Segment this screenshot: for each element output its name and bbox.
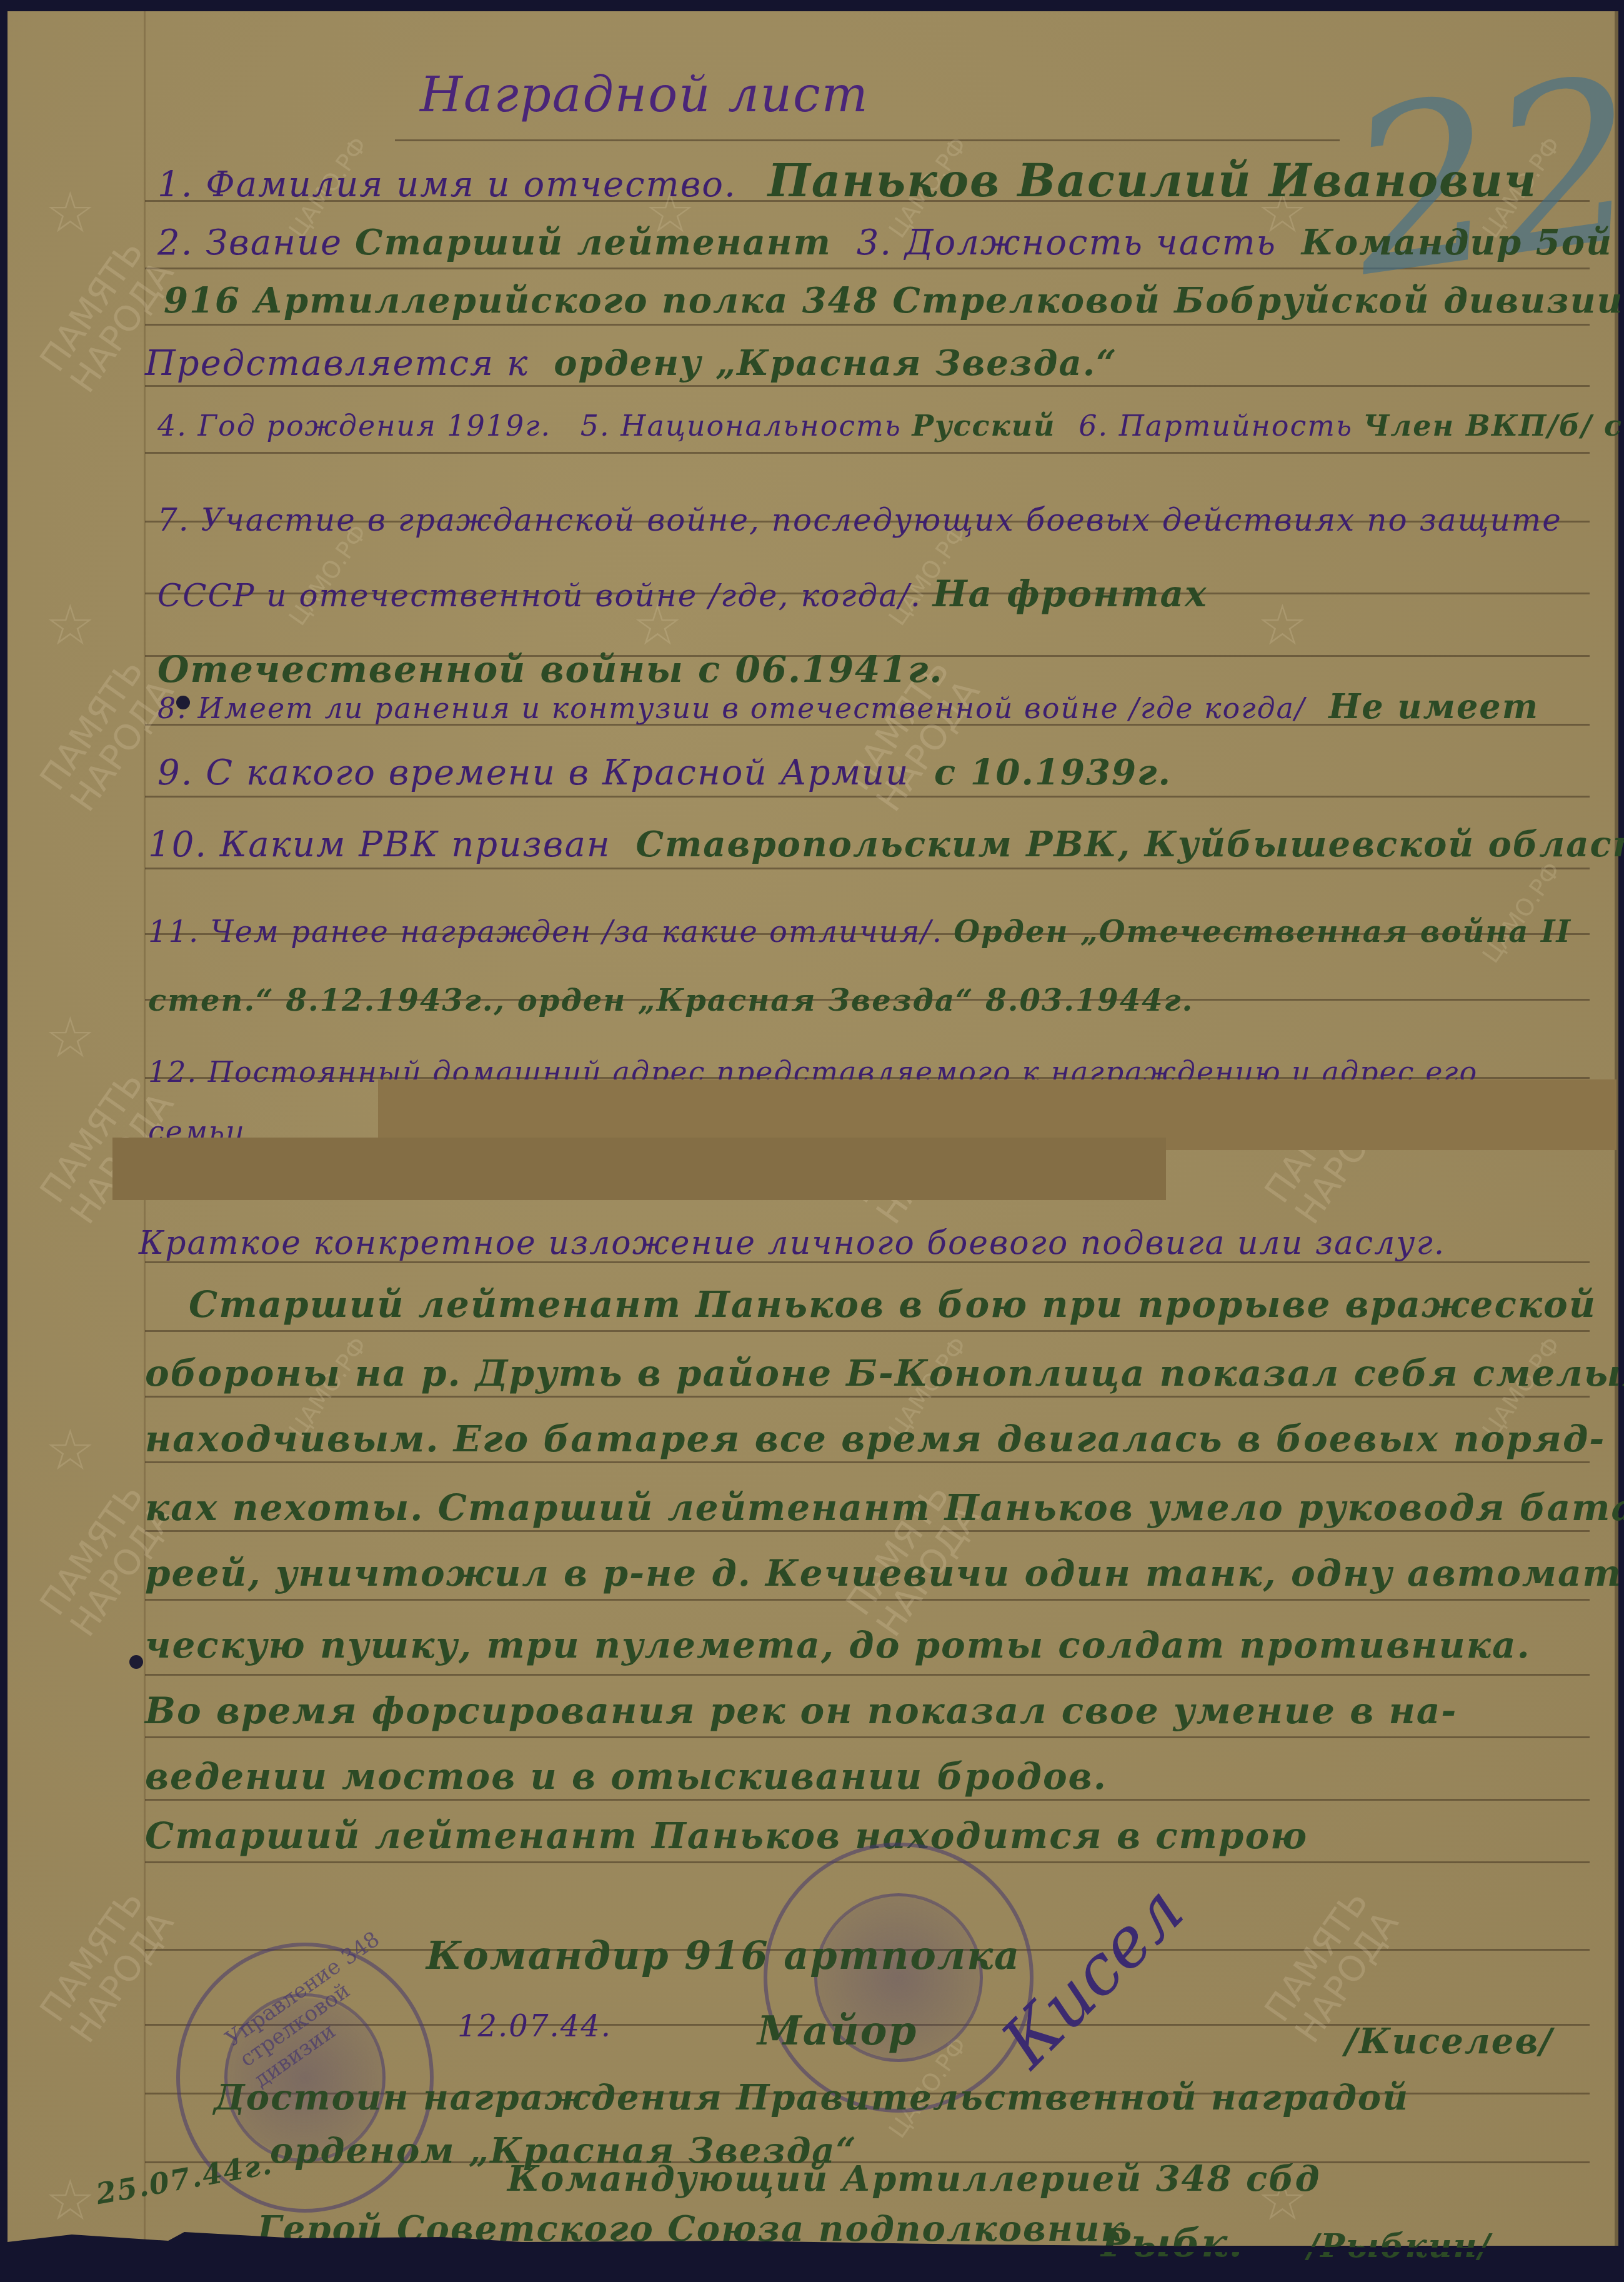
- field-full-name: 1. Фамилия имя и отчество. Паньков Васил…: [157, 158, 1537, 203]
- narrative-line: реей, уничтожил в р-не д. Кечиевичи один…: [145, 1555, 1624, 1591]
- narrative-line: обороны на р. Друть в районе Б-Коноплица…: [145, 1355, 1624, 1391]
- ruled-line: [145, 1674, 1590, 1676]
- ruled-line: [145, 385, 1590, 387]
- narrative-line: ках пехоты. Старший лейтенант Паньков ум…: [145, 1489, 1624, 1526]
- field-value-birth: 1919г.: [447, 409, 551, 443]
- ruled-line: [145, 796, 1590, 798]
- narrative-heading: Краткое конкретное изложение личного бое…: [139, 1227, 1445, 1259]
- ruled-line: [145, 1330, 1590, 1332]
- decision-name: /Рыбкин/: [1307, 2230, 1491, 2263]
- field-label: Представляется к: [145, 343, 529, 384]
- commander-rank: Майор: [757, 2011, 917, 2051]
- field-value: с 10.1939г.: [934, 752, 1172, 793]
- field-label: 10. Каким РВК призван: [148, 824, 611, 865]
- narrative-line: Старший лейтенант Паньков находится в ст…: [145, 1818, 1308, 1854]
- field-label-party: 6. Партийность: [1079, 409, 1353, 443]
- field-nominated-for: Представляется к ордену „Красная Звезда.…: [145, 346, 1117, 381]
- decision-signature: Рыбк.: [1101, 2224, 1243, 2263]
- star-watermark-icon: ☆: [45, 180, 96, 246]
- ruled-line: [145, 1530, 1590, 1532]
- ruled-line: [145, 1461, 1590, 1463]
- star-watermark-icon: ☆: [45, 1418, 96, 1483]
- field-label-position: 3. Должность часть: [857, 223, 1277, 263]
- narrative-line: ведении мостов и в отыскивании бродов.: [145, 1758, 1107, 1794]
- redaction-block: [112, 1138, 1166, 1200]
- commander-date: 12.07.44.: [457, 2011, 612, 2041]
- decision-title-2: Герой Советского Союза подполковник: [257, 2211, 1125, 2246]
- field-label: 9. С какого времени в Красной Армии: [157, 753, 909, 793]
- field-label-rank: 2. Звание: [157, 223, 342, 263]
- decision-date: 25.07.44г.: [94, 2149, 275, 2209]
- ruled-line: [145, 868, 1590, 869]
- punch-hole-icon: [176, 696, 190, 709]
- field-label: 8. Имеет ли ранения и контузии в отечест…: [157, 691, 1306, 725]
- field-army-since: 9. С какого времени в Красной Армии с 10…: [157, 755, 1172, 791]
- field-label: 7. Участие в гражданской войне, последую…: [157, 502, 1562, 614]
- field-draft-office: 10. Каким РВК призван Ставропольским РВК…: [148, 827, 1624, 863]
- commander-title: Командир 916 артполка: [426, 1936, 1020, 1975]
- ruled-line: [145, 1396, 1590, 1398]
- commander-name: /Киселев/: [1345, 2024, 1553, 2059]
- star-watermark-icon: ☆: [45, 1005, 96, 1071]
- field-label-nationality: 5. Национальность: [580, 409, 902, 443]
- field-label-birth: 4. Год рождения: [157, 409, 437, 443]
- decision-text-1: Достоин награждения Правительственной на…: [214, 2080, 1409, 2115]
- document-title: Наградной лист: [420, 71, 869, 119]
- narrative-line: Старший лейтенант Паньков в бою при прор…: [189, 1286, 1597, 1323]
- star-watermark-icon: ☆: [45, 593, 96, 658]
- field-label: 11. Чем ранее награжден /за какие отличи…: [148, 914, 943, 949]
- field-value-position: Командир 5ой батареи: [1302, 222, 1624, 263]
- field-value-nationality: Русский: [912, 409, 1055, 443]
- field-war-participation: 7. Участие в гражданской войне, последую…: [157, 483, 1588, 708]
- ruled-line: [145, 452, 1590, 454]
- field-value: ордену „Красная Звезда.“: [554, 343, 1117, 384]
- field-rank-position: 2. Звание Старший лейтенант 3. Должность…: [157, 225, 1624, 261]
- field-value: Не имеет: [1328, 686, 1539, 726]
- field-value-party: Член ВКП/б/ с 1942 г.: [1363, 409, 1624, 443]
- star-watermark-icon: ☆: [45, 2168, 96, 2233]
- ruled-line: [145, 1736, 1590, 1738]
- field-value: Паньков Василий Иванович: [768, 154, 1538, 207]
- field-value: Ставропольским РВК, Куйбышевской области: [636, 824, 1624, 865]
- field-wounds: 8. Имеет ли ранения и контузии в отечест…: [157, 689, 1539, 723]
- field-unit: 916 Артиллерийского полка 348 Стрелковой…: [164, 283, 1623, 318]
- ruled-line: [145, 1799, 1590, 1801]
- field-value-rank: Старший лейтенант: [355, 222, 832, 263]
- ruled-line: [395, 139, 1340, 141]
- field-birth-nationality-party: 4. Год рождения 1919г. 5. Национальность…: [157, 411, 1624, 440]
- narrative-line: находчивым. Его батарея все время двигал…: [145, 1421, 1605, 1457]
- field-previous-awards: 11. Чем ранее награжден /за какие отличи…: [148, 898, 1579, 1035]
- narrative-line: Во время форсирования рек он показал сво…: [145, 1693, 1457, 1729]
- narrative-line: ческую пушку, три пулемета, до роты солд…: [145, 1627, 1531, 1663]
- punch-hole-icon: [129, 1655, 143, 1669]
- field-label: 1. Фамилия имя и отчество.: [157, 164, 737, 205]
- award-sheet-paper: ПАМЯТЬ НАРОДА ПАМЯТЬ НАРОДА ПАМЯТЬ НАРОД…: [7, 11, 1618, 2246]
- decision-title-1: Командующий Артиллерией 348 сбд: [507, 2161, 1321, 2196]
